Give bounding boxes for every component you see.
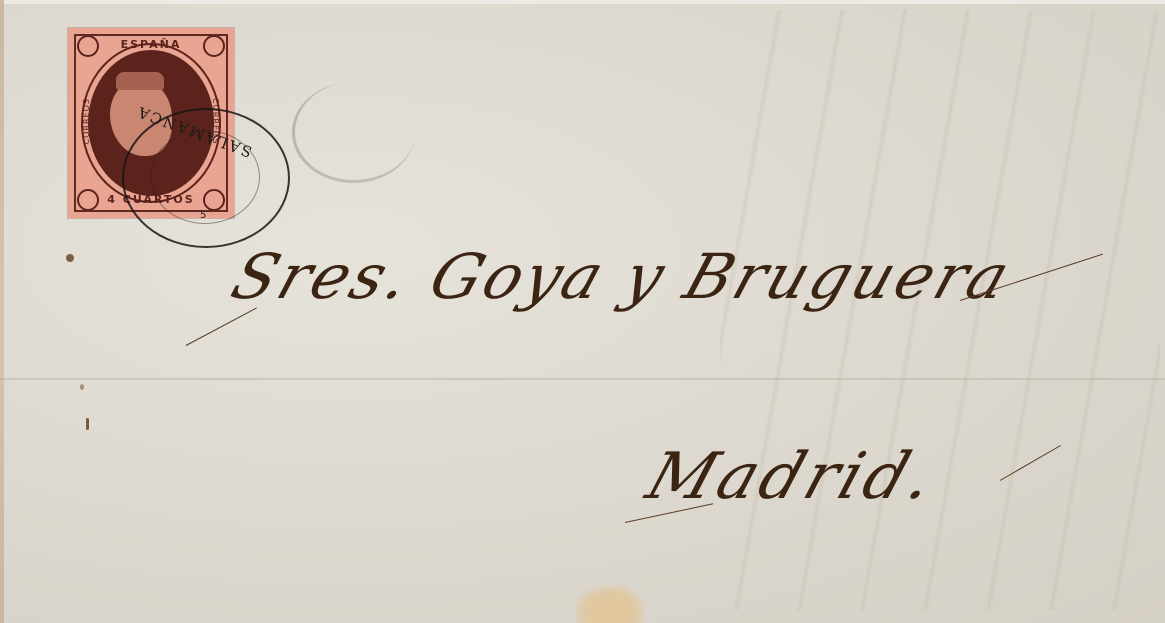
faint-postmark-offset [292, 82, 415, 183]
crown-icon [116, 72, 164, 90]
stamp-country-label: ESPAÑA [68, 38, 234, 51]
postmark-day: 5 [200, 210, 206, 221]
ink-spot [80, 384, 84, 390]
circular-postmark: SALAMANCA 5 [122, 108, 290, 248]
cover-top-edge [0, 0, 1165, 4]
pen-flourish [186, 308, 257, 346]
address-city: Madrid. [638, 440, 947, 514]
ink-spot [66, 254, 74, 262]
ink-spot [86, 418, 89, 430]
address-recipient: Sres. Goya y Bruguera [223, 240, 1021, 313]
paper-stain [575, 585, 645, 623]
letter-cover: ESPAÑA CORREOS CORREOS 4 CUARTOS SALAMAN… [0, 0, 1165, 623]
stamp-side-label-left: CORREOS [82, 98, 91, 144]
cover-left-edge [0, 0, 4, 623]
